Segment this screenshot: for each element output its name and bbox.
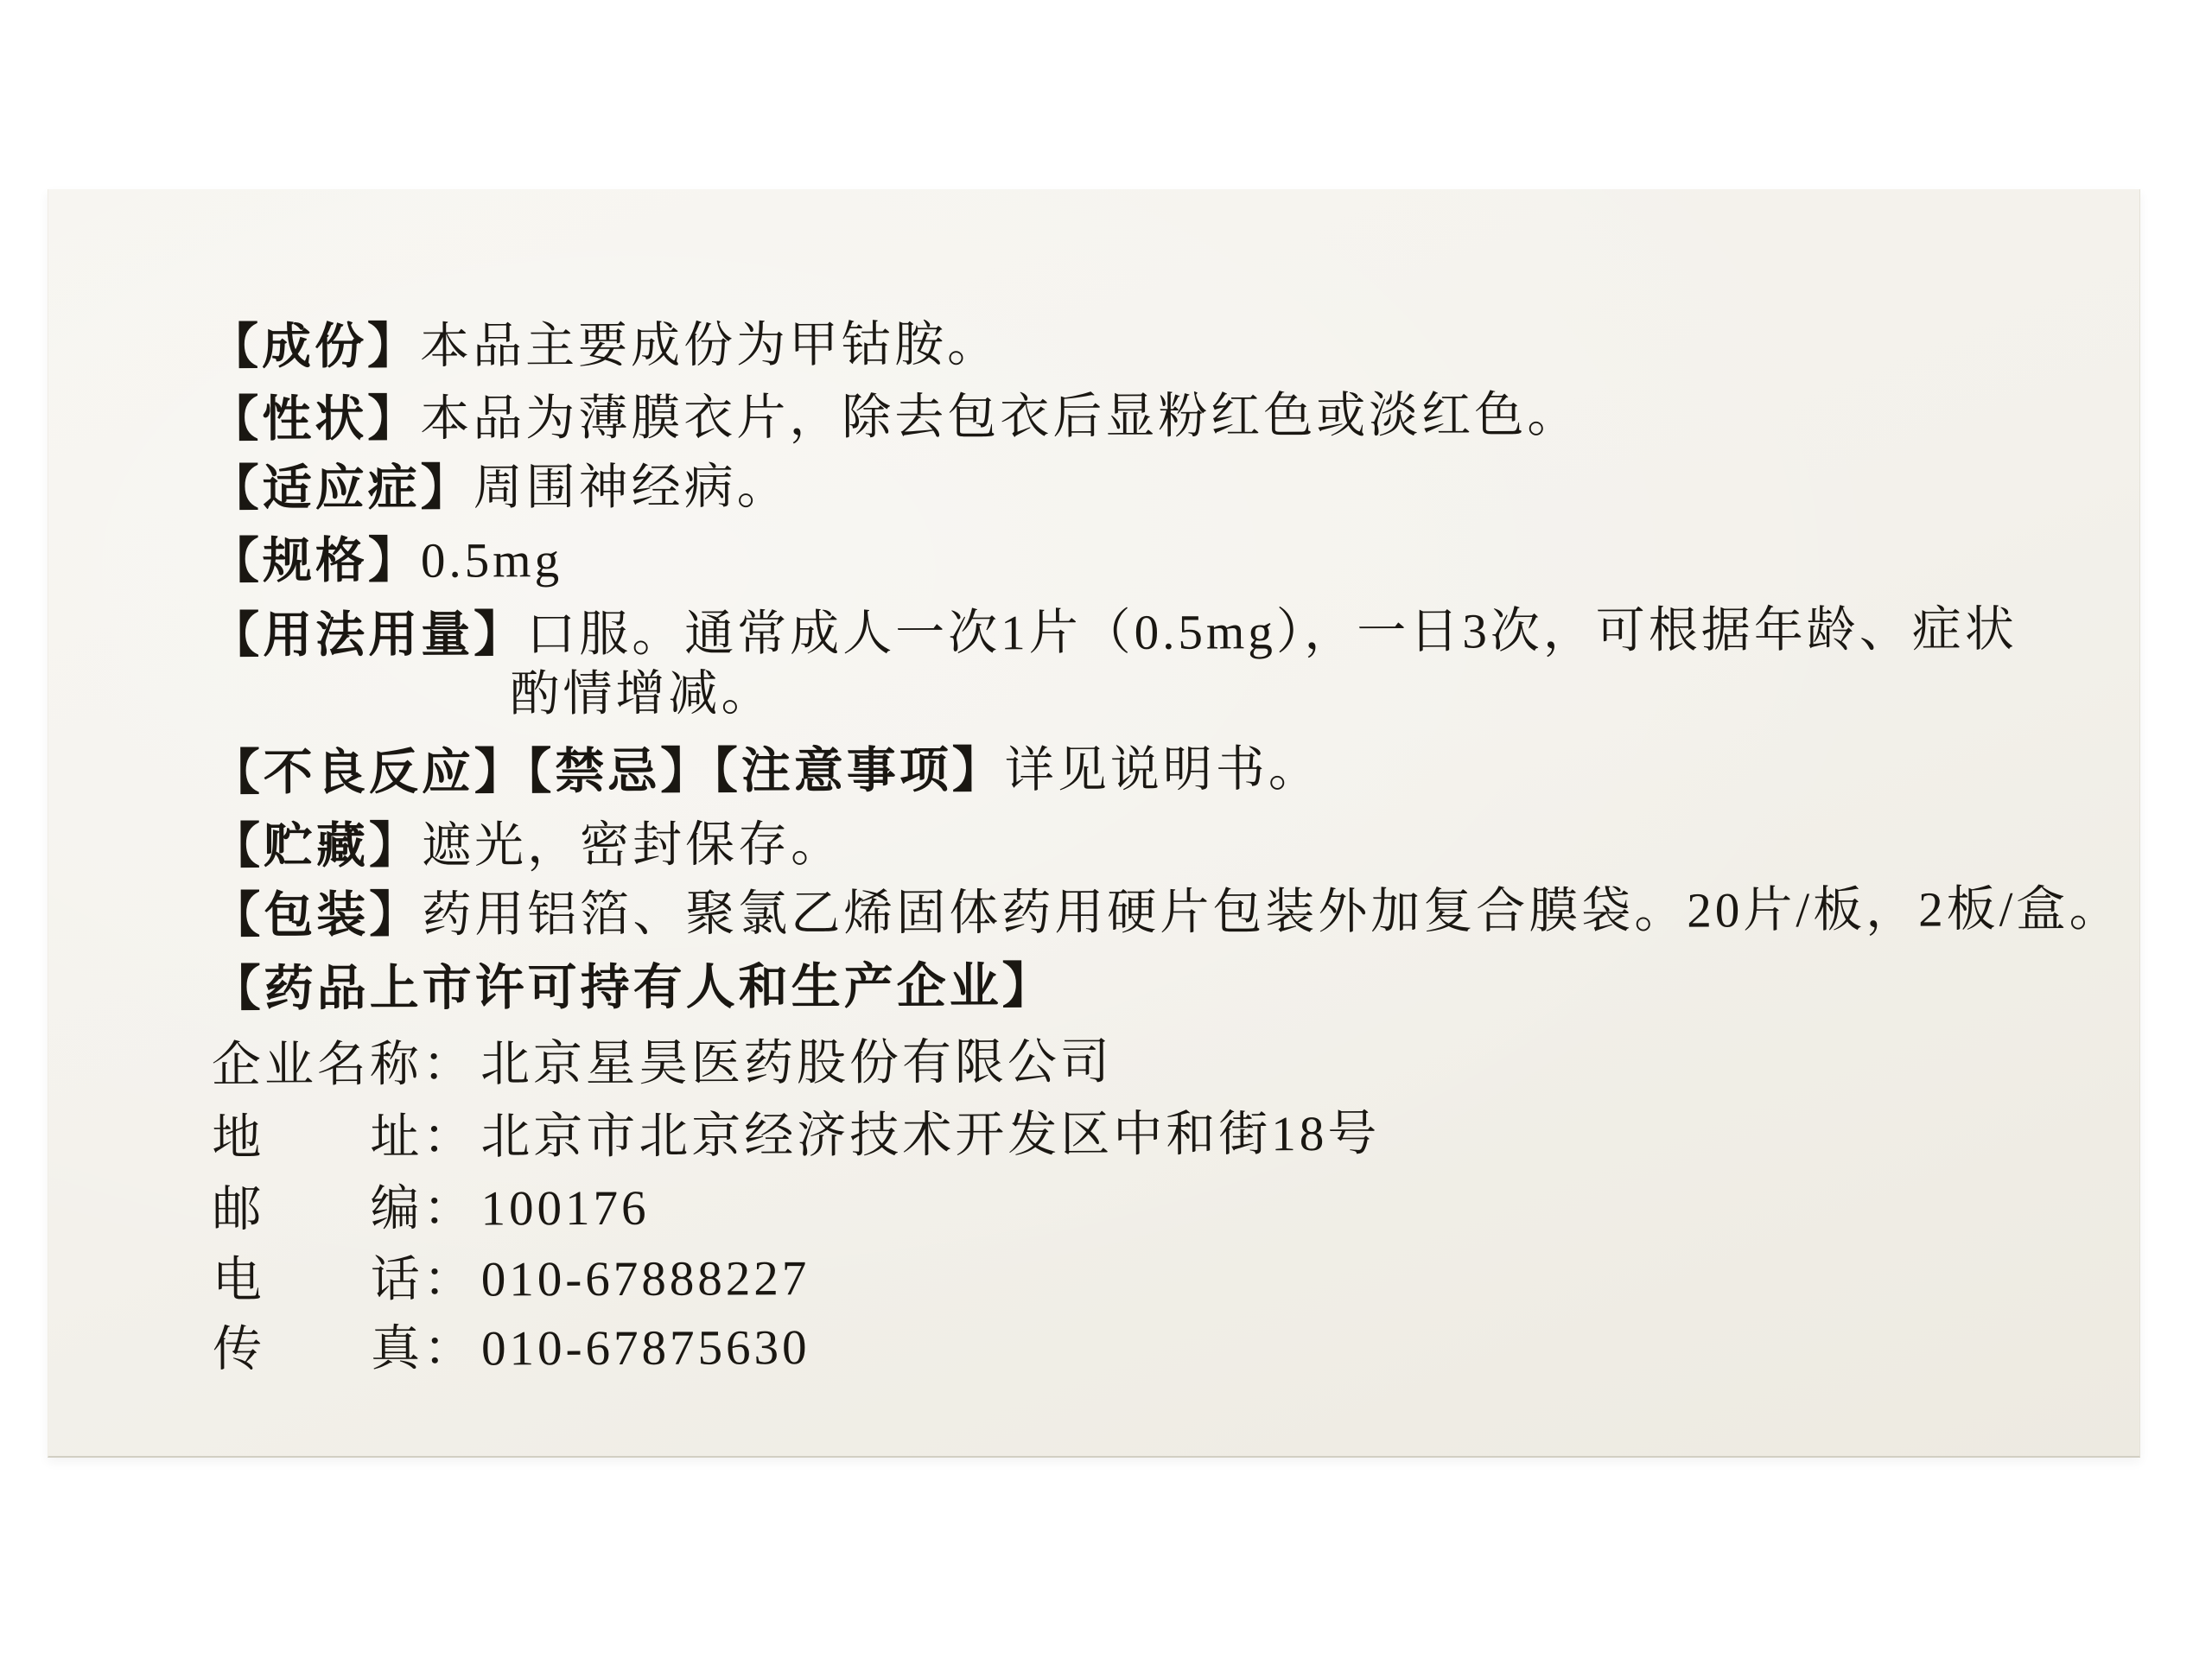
address-label: 地 址： [212, 1110, 475, 1166]
postcode-row: 邮 编：100176 [212, 1181, 649, 1238]
package-text: 药用铝箔、聚氯乙烯固体药用硬片包装外加复合膜袋。20片/板，2板/盒。 [422, 882, 2121, 943]
package-line: 【包装】药用铝箔、聚氯乙烯固体药用硬片包装外加复合膜袋。20片/板，2板/盒。 [211, 882, 2121, 944]
package-rear-panel-photo: 【成份】本品主要成份为甲钴胺。 【性状】本品为薄膜衣片，除去包衣后显粉红色或淡红… [0, 0, 2212, 1659]
address-value: 北京市北京经济技术开发区中和街18号 [480, 1107, 1380, 1166]
ingredients-text: 本品主要成份为甲钴胺。 [420, 317, 1000, 373]
storage-text: 遮光，密封保存。 [422, 817, 843, 874]
storage-label: 【贮藏】 [211, 819, 422, 874]
drug-label-text: 【成份】本品主要成份为甲钴胺。 【性状】本品为薄膜衣片，除去包衣后显粉红色或淡红… [46, 186, 2141, 1459]
dosage-continuation-text: 酌情增减。 [510, 666, 773, 721]
dosage-label: 【用法用量】 [210, 607, 526, 663]
company-name-label: 企业名称： [212, 1038, 475, 1094]
package-label: 【包装】 [211, 888, 422, 944]
fax-value: 010-67875630 [481, 1320, 810, 1376]
company-name-value: 北京星昊医药股份有限公司 [480, 1035, 1113, 1093]
fax-label: 传 真： [213, 1321, 476, 1377]
specification-text: 0.5mg [421, 533, 563, 588]
address-row: 地 址：北京市北京经济技术开发区中和街18号 [212, 1107, 1380, 1166]
phone-row: 电 话：010-67888227 [213, 1251, 810, 1308]
indications-line: 【适应症】周围神经病。 [210, 460, 790, 517]
specification-line: 【规格】0.5mg [210, 533, 563, 589]
postcode-label: 邮 编： [212, 1182, 475, 1238]
phone-value: 010-67888227 [481, 1251, 810, 1307]
fax-row: 传 真：010-67875630 [213, 1320, 810, 1377]
specification-label: 【规格】 [210, 534, 421, 589]
description-text: 本品为薄膜衣片，除去包衣后显粉红色或淡红色。 [420, 388, 1580, 447]
adverse-reactions-line: 【不良反应】【禁忌】【注意事项】详见说明书。 [211, 742, 1321, 801]
ingredients-label: 【成份】 [209, 320, 420, 375]
postcode-value: 100176 [480, 1181, 649, 1237]
phone-label: 电 话： [213, 1252, 476, 1308]
description-line: 【性状】本品为薄膜衣片，除去包衣后显粉红色或淡红色。 [209, 388, 1580, 448]
dosage-continuation-line: 酌情增减。 [510, 666, 773, 722]
drug-box-panel: 【成份】本品主要成份为甲钴胺。 【性状】本品为薄膜衣片，除去包衣后显粉红色或淡红… [48, 189, 2140, 1458]
indications-text: 周围神经病。 [474, 460, 790, 515]
adverse-reactions-text: 详见说明书。 [1005, 742, 1321, 798]
ingredients-line: 【成份】本品主要成份为甲钴胺。 [209, 317, 1000, 375]
mah-header-line: 【药品上市许可持有人和生产企业】 [212, 959, 1055, 1017]
description-label: 【性状】 [209, 392, 420, 448]
dosage-text: 口服。通常成人一次1片（0.5mg），一日3次，可根据年龄、症状 [526, 602, 2018, 662]
adverse-reactions-label: 【不良反应】【禁忌】【注意事项】 [211, 743, 1005, 800]
storage-line: 【贮藏】遮光，密封保存。 [211, 817, 843, 875]
company-name-row: 企业名称：北京星昊医药股份有限公司 [212, 1035, 1113, 1094]
indications-label: 【适应症】 [210, 461, 474, 517]
dosage-line: 【用法用量】口服。通常成人一次1片（0.5mg），一日3次，可根据年龄、症状 [210, 602, 2018, 664]
mah-header-label: 【药品上市许可持有人和生产企业】 [212, 959, 1055, 1016]
